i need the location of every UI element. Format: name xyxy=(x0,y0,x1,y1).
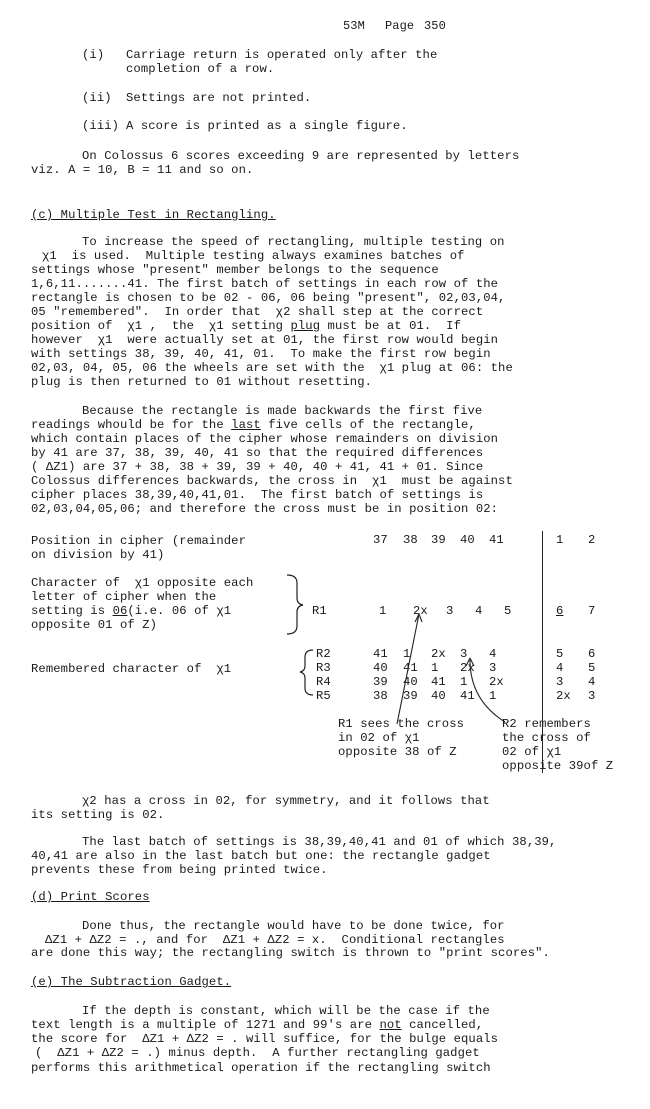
note-r2: 02 of χ1 xyxy=(502,745,561,759)
paragraph-line: are done this way; the rectangling switc… xyxy=(31,946,550,960)
paragraph-line: ( ΔZ1 + ΔZ2 = .) minus depth. A further … xyxy=(35,1046,480,1060)
note-r1: in 02 of χ1 xyxy=(338,731,420,745)
paragraph-line: Done thus, the rectangle would have to b… xyxy=(82,919,505,933)
right-brace xyxy=(287,575,303,634)
note-r1: opposite 38 of Z xyxy=(338,745,457,759)
paragraph-line: prevents these from being printed twice. xyxy=(31,863,328,877)
note-r2: opposite 39of Z xyxy=(502,759,613,773)
note-r1: R1 sees the cross xyxy=(338,717,464,731)
left-brace xyxy=(300,650,313,695)
paragraph-line: χ2 has a cross in 02, for symmetry, and … xyxy=(82,794,490,808)
paragraph-line: the score for ΔZ1 + ΔZ2 = . will suffice… xyxy=(31,1032,498,1046)
paragraph-line: performs this arithmetical operation if … xyxy=(31,1061,491,1075)
section-heading-e: (e) The Subtraction Gadget. xyxy=(31,975,231,989)
section-heading-d: (d) Print Scores xyxy=(31,890,150,904)
paragraph-line: its setting is 02. xyxy=(31,808,164,822)
arrow-line xyxy=(397,614,419,724)
arrow-line xyxy=(470,660,505,722)
note-r2: R2 remembers xyxy=(502,717,591,731)
underlined-word: not xyxy=(379,1018,401,1032)
paragraph-line: If the depth is constant, which will be … xyxy=(82,1004,490,1018)
paragraph-line: 40,41 are also in the last batch but one… xyxy=(31,849,491,863)
paragraph-line: The last batch of settings is 38,39,40,4… xyxy=(82,835,556,849)
paragraph-line: text length is a multiple of 1271 and 99… xyxy=(31,1018,483,1032)
paragraph-line: ΔZ1 + ΔZ2 = ., and for ΔZ1 + ΔZ2 = x. Co… xyxy=(45,933,505,947)
note-r2: the cross of xyxy=(502,731,591,745)
